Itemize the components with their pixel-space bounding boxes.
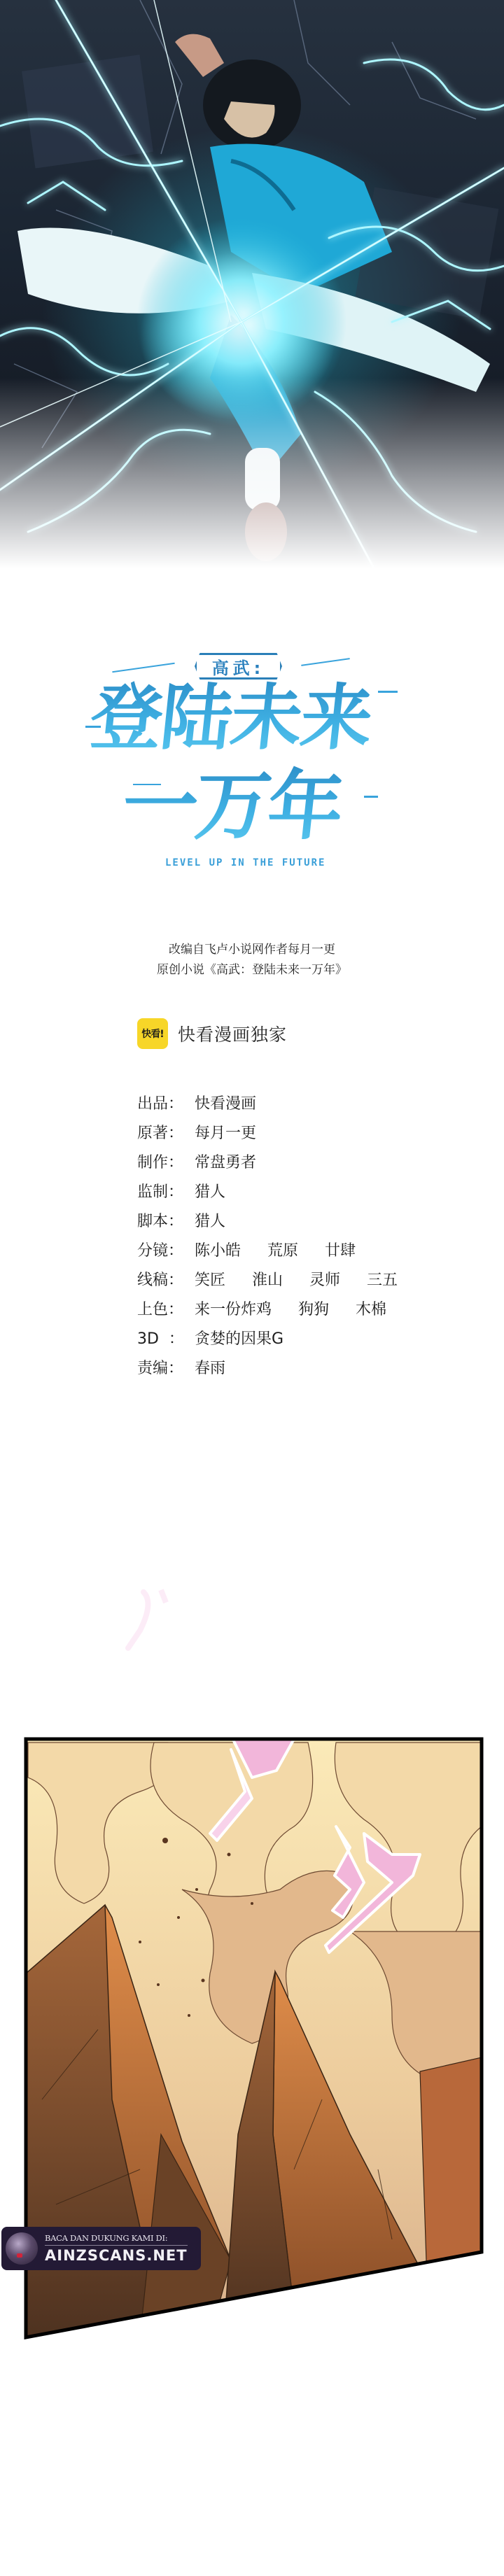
staff-credits: 出品：快看漫画 原著：每月一更 制作：常盘勇者 监制：猎人 脚本：猎人 分镜：陈… (137, 1090, 398, 1384)
credit-name: 春雨 (195, 1354, 225, 1384)
lightning-kick-art (0, 0, 504, 602)
credit-name: 快看漫画 (195, 1090, 256, 1119)
credit-row: 分镜：陈小皓 荒原 廿肆 (137, 1237, 398, 1266)
logo-decor-line (85, 726, 101, 728)
credit-row: 上色：来一份炸鸡 狗狗 木棉 (137, 1295, 398, 1325)
credit-role: 分镜： (137, 1237, 195, 1266)
adaptation-line-1: 改编自飞卢小说网作者每月一更 (126, 940, 378, 960)
logo-subtitle: LEVEL UP IN THE FUTURE (165, 857, 325, 868)
exclusive-label: 快看漫画独家 (178, 1021, 287, 1046)
adaptation-line-2: 原创小说《高武：登陆未来一万年》 (126, 960, 378, 980)
credit-name: 来一份炸鸡 狗狗 木棉 (195, 1295, 386, 1325)
cover-illustration (0, 0, 504, 602)
credit-name: 陈小皓 荒原 廿肆 (195, 1237, 356, 1266)
kuaikan-logo-icon: 快看! (137, 1018, 168, 1049)
credit-name: 猎人 (195, 1178, 225, 1207)
credit-role: 制作： (137, 1148, 195, 1178)
credit-row: 监制：猎人 (137, 1178, 398, 1207)
credit-row: 原著：每月一更 (137, 1119, 398, 1148)
credit-role: 监制： (137, 1178, 195, 1207)
exclusive-banner: 快看! 快看漫画独家 (137, 1018, 287, 1049)
logo-decor-line (378, 691, 398, 693)
credit-row: 出品：快看漫画 (137, 1090, 398, 1119)
adaptation-note: 改编自飞卢小说网作者每月一更 原创小说《高武：登陆未来一万年》 (126, 940, 378, 980)
credit-role: 线稿： (137, 1266, 195, 1295)
watermark-tagline: BACA DAN DUKUNG KAMI DI: (45, 2233, 188, 2246)
credit-role: 上色： (137, 1295, 195, 1325)
logo-title-line2: 一万年 (118, 763, 345, 850)
credit-role: 脚本： (137, 1207, 195, 1237)
credit-name: 每月一更 (195, 1119, 256, 1148)
credit-role: 出品： (137, 1090, 195, 1119)
logo-tag: 高武: (195, 653, 282, 680)
scanlator-mascot-icon (6, 2232, 38, 2265)
credit-role: 3D ： (137, 1325, 195, 1354)
credit-row: 3D ：贪婪的因果G (137, 1325, 398, 1354)
credit-row: 脚本：猎人 (137, 1207, 398, 1237)
credit-row: 责编：春雨 (137, 1354, 398, 1384)
credit-name: 笑匠 淮山 灵师 三五 (195, 1266, 398, 1295)
credit-row: 线稿：笑匠 淮山 灵师 三五 (137, 1266, 398, 1295)
logo-decor-line (364, 796, 378, 798)
faint-sfx-stroke (122, 1589, 171, 1652)
logo-decor-line (301, 658, 350, 666)
logo-title-line1: 登陆未来 (87, 677, 376, 761)
watermark-site: AINZSCANS.NET (45, 2246, 188, 2264)
credit-name: 常盘勇者 (195, 1148, 256, 1178)
watermark-text: BACA DAN DUKUNG KAMI DI: AINZSCANS.NET (45, 2233, 188, 2264)
credit-role: 原著： (137, 1119, 195, 1148)
credit-name: 猎人 (195, 1207, 225, 1237)
scanlation-watermark: BACA DAN DUKUNG KAMI DI: AINZSCANS.NET (1, 2227, 201, 2270)
credit-name: 贪婪的因果G (195, 1325, 283, 1354)
logo-decor-line (133, 784, 161, 785)
title-logo: 高武: 登陆未来 一万年 LEVEL UP IN THE FUTURE (98, 633, 406, 850)
credit-role: 责编： (137, 1354, 195, 1384)
credit-row: 制作：常盘勇者 (137, 1148, 398, 1178)
logo-decor-line (112, 663, 174, 673)
